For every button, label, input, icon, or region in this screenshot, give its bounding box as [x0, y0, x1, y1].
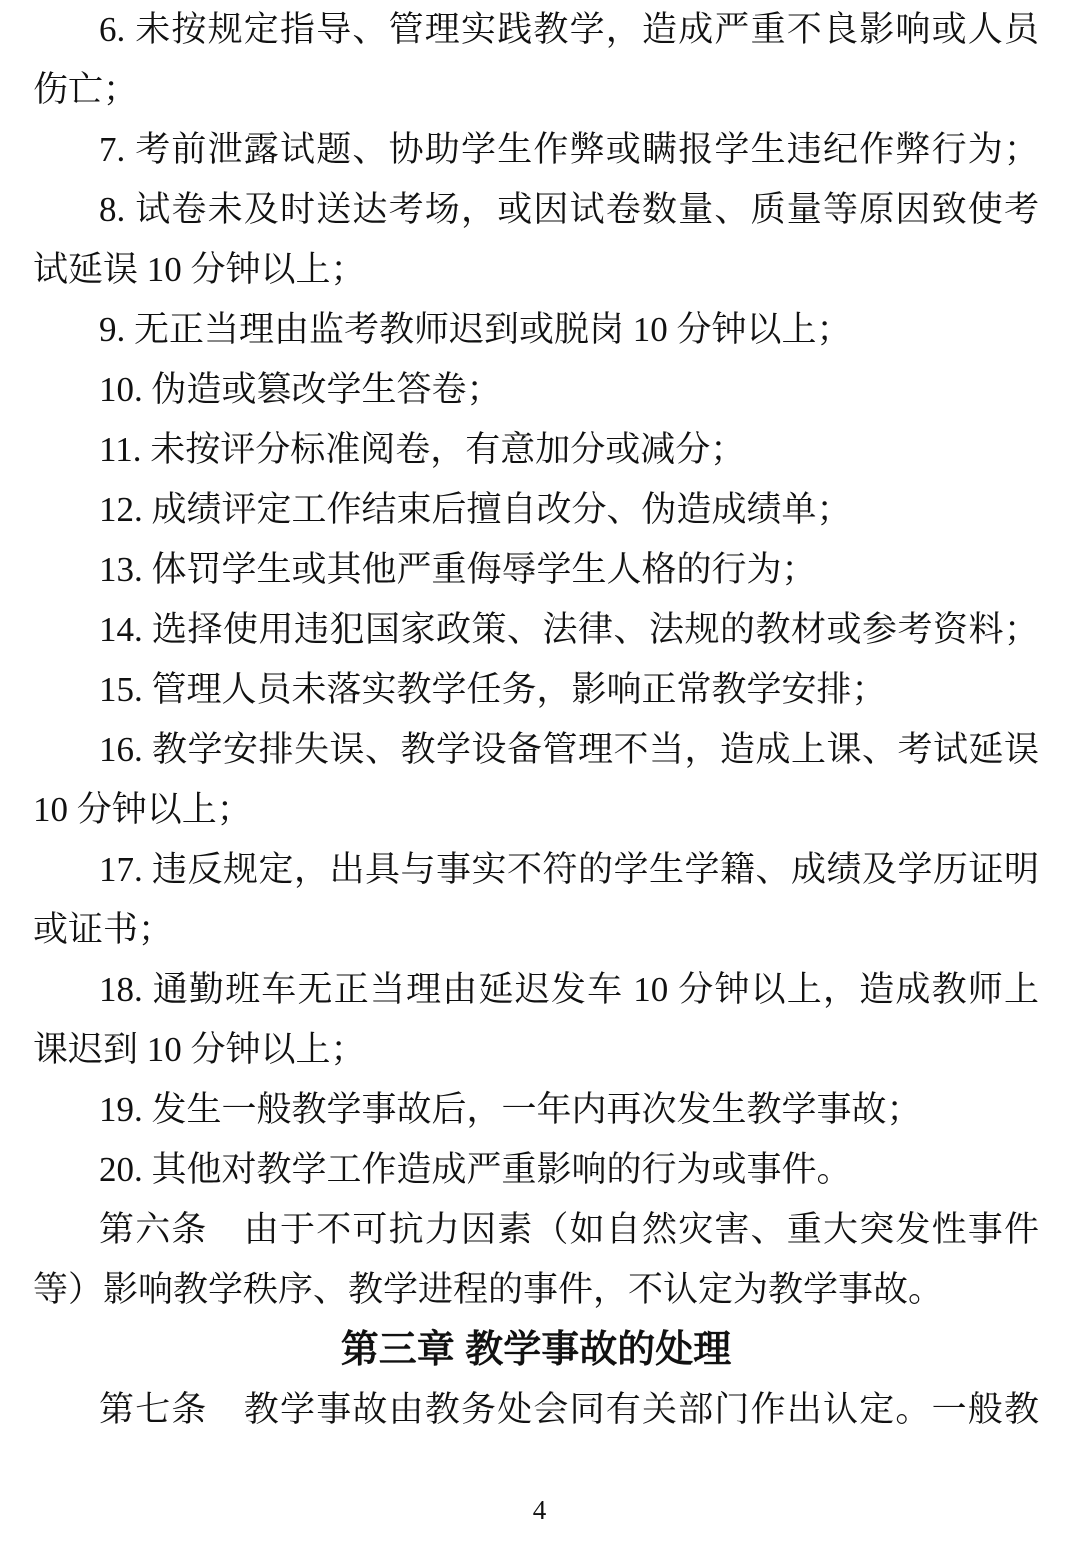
- doc-line-item15: 15. 管理人员未落实教学任务，影响正常教学安排；: [33, 660, 1039, 720]
- document-page: 6. 未按规定指导、管理实践教学，造成严重不良影响或人员 伤亡； 7. 考前泄露…: [0, 0, 1079, 1552]
- doc-line-article6-2: 等）影响教学秩序、教学进程的事件，不认定为教学事故。: [33, 1260, 1039, 1320]
- doc-line-article7-1: 第七条 教学事故由教务处会同有关部门作出认定。一般教: [33, 1380, 1039, 1440]
- doc-line-item8-2: 试延误 10 分钟以上；: [33, 240, 1039, 300]
- doc-line-item17-2: 或证书；: [33, 900, 1039, 960]
- doc-line-article6-1: 第六条 由于不可抗力因素（如自然灾害、重大突发性事件: [33, 1200, 1039, 1260]
- doc-line-item6-1: 6. 未按规定指导、管理实践教学，造成严重不良影响或人员: [33, 0, 1039, 60]
- doc-line-item7: 7. 考前泄露试题、协助学生作弊或瞒报学生违纪作弊行为；: [33, 120, 1039, 180]
- doc-line-item14: 14. 选择使用违犯国家政策、法律、法规的教材或参考资料；: [33, 600, 1039, 660]
- doc-line-item16-2: 10 分钟以上；: [33, 780, 1039, 840]
- doc-line-item19: 19. 发生一般教学事故后，一年内再次发生教学事故；: [33, 1080, 1039, 1140]
- doc-line-item6-2: 伤亡；: [33, 60, 1039, 120]
- doc-line-item11: 11. 未按评分标准阅卷，有意加分或减分；: [33, 420, 1039, 480]
- doc-line-item18-2: 课迟到 10 分钟以上；: [33, 1020, 1039, 1080]
- doc-line-item8-1: 8. 试卷未及时送达考场，或因试卷数量、质量等原因致使考: [33, 180, 1039, 240]
- doc-line-item13: 13. 体罚学生或其他严重侮辱学生人格的行为；: [33, 540, 1039, 600]
- doc-line-item20: 20. 其他对教学工作造成严重影响的行为或事件。: [33, 1140, 1039, 1200]
- doc-line-item18-1: 18. 通勤班车无正当理由延迟发车 10 分钟以上，造成教师上: [33, 960, 1039, 1020]
- doc-line-item16-1: 16. 教学安排失误、教学设备管理不当，造成上课、考试延误: [33, 720, 1039, 780]
- doc-line-item17-1: 17. 违反规定，出具与事实不符的学生学籍、成绩及学历证明: [33, 840, 1039, 900]
- chapter-heading: 第三章 教学事故的处理: [33, 1320, 1039, 1380]
- document-body: 6. 未按规定指导、管理实践教学，造成严重不良影响或人员 伤亡； 7. 考前泄露…: [33, 0, 1039, 1440]
- doc-line-item12: 12. 成绩评定工作结束后擅自改分、伪造成绩单；: [33, 480, 1039, 540]
- doc-line-item10: 10. 伪造或篡改学生答卷；: [33, 360, 1039, 420]
- doc-line-item9: 9. 无正当理由监考教师迟到或脱岗 10 分钟以上；: [33, 300, 1039, 360]
- page-number: 4: [0, 1492, 1079, 1528]
